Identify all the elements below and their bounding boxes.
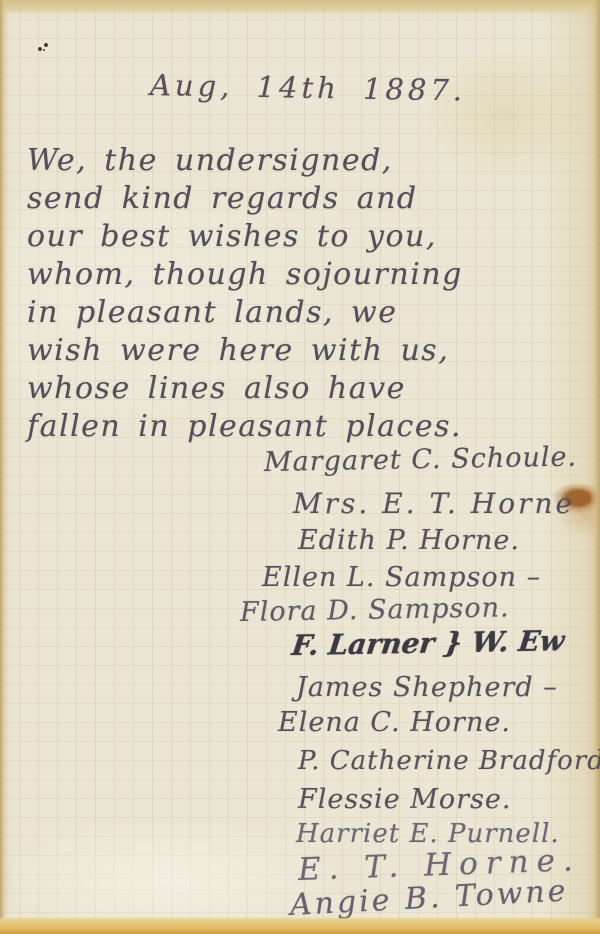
signature-edith-p-horne: Edith P. Horne. (298, 525, 520, 556)
signature-mrs-e-t-horne: Mrs. E. T. Horne (293, 487, 575, 520)
body-line: fallen in pleasant places. (27, 408, 463, 446)
body-line: We, the undersigned, (27, 142, 463, 180)
body-line: send kind regards and (27, 180, 463, 218)
signature-elena-c-horne: Elena C. Horne. (278, 707, 511, 738)
signature-scrawled-illegible: F. Larner } W. Ew (290, 624, 566, 662)
body-line: wish were here with us, (27, 332, 463, 370)
signature-margaret-schoule: Margaret C. Schoule. (264, 442, 578, 478)
photo-edge-bottom (0, 917, 600, 934)
letter-photo: Aug, 14th 1887. We, the undersigned, sen… (0, 0, 600, 934)
photo-edge-right (590, 0, 600, 934)
body-line: our best wishes to you, (27, 218, 463, 256)
signature-flessie-morse: Flessie Morse. (298, 784, 511, 815)
body-line: in pleasant lands, we (27, 294, 463, 332)
letter-date: Aug, 14th 1887. (150, 68, 467, 108)
body-line: whom, though sojourning (27, 256, 463, 294)
signature-ellen-l-sampson: Ellen L. Sampson – (262, 562, 541, 593)
ink-speck (36, 41, 50, 53)
body-line: whose lines also have (27, 370, 463, 408)
signature-catherine-bradford: P. Catherine Bradford. (298, 746, 600, 776)
signature-james-shepherd: James Shepherd – (296, 672, 558, 703)
signature-flora-d-sampson: Flora D. Sampson. (240, 592, 510, 628)
photo-edge-top (0, 0, 600, 14)
photo-edge-left (0, 0, 8, 934)
letter-body: We, the undersigned, send kind regards a… (27, 142, 463, 446)
